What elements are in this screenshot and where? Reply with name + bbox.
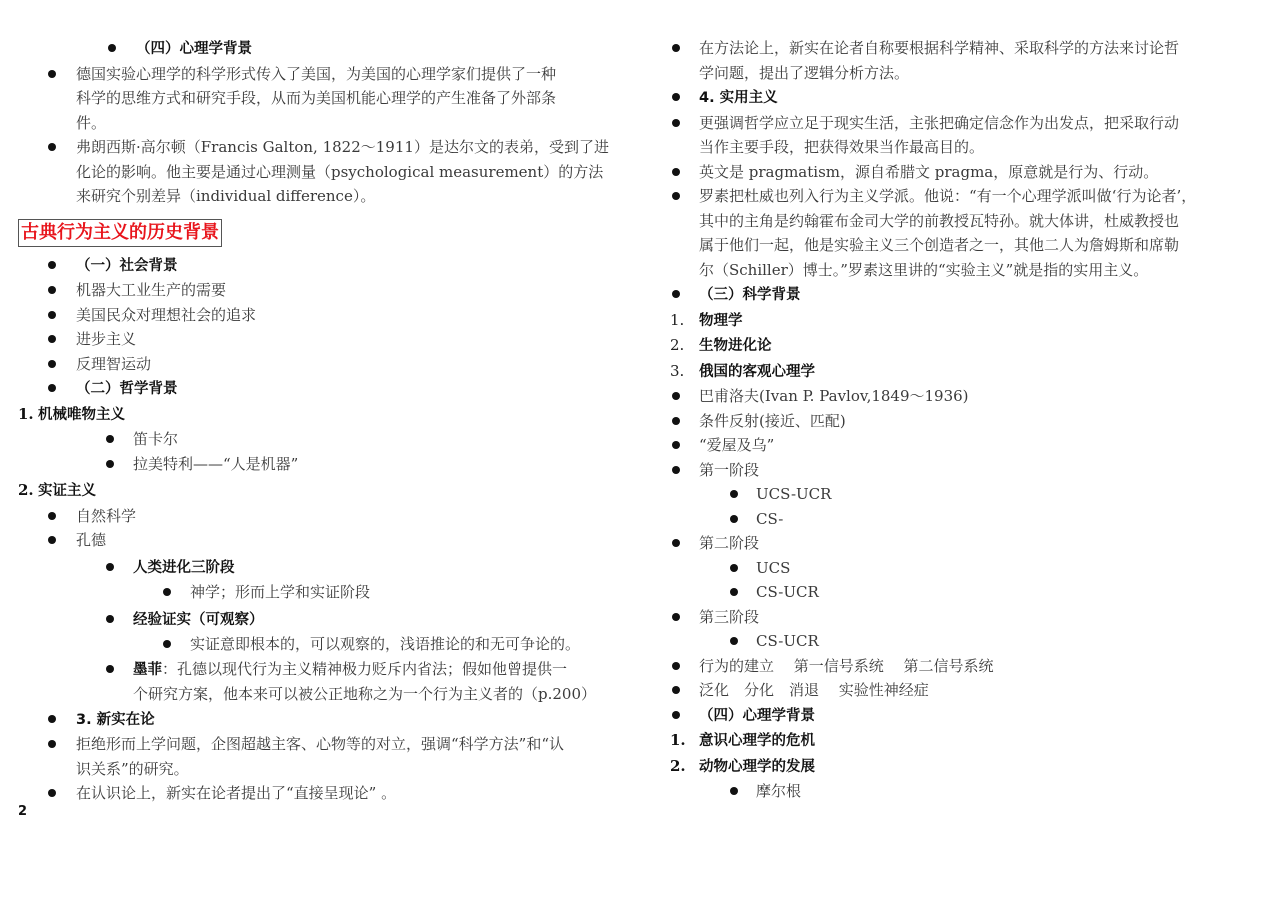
heading-neorealism: 3. 新实在论 bbox=[18, 707, 618, 733]
paragraph-methodology: 在方法论上，新实在论者自称要根据科学精神、采取科学的方法来讨论哲 学问题，提出了… bbox=[668, 36, 1238, 85]
list-item-stage1: 第一阶段 bbox=[668, 458, 1238, 483]
bullet-icon bbox=[730, 564, 738, 572]
list-item: 自然科学 bbox=[18, 504, 618, 529]
numbered-item: 1. 意识心理学的危机 bbox=[668, 728, 1238, 754]
list-item: “爱屋及乌” bbox=[668, 433, 1238, 458]
list-item-stage3: 第三阶段 bbox=[668, 605, 1238, 630]
paragraph-german-psychology: 德国实验心理学的科学形式传入了美国，为美国的心理学家们提供了一种 科学的思维方式… bbox=[18, 62, 618, 136]
bullet-icon bbox=[672, 662, 680, 670]
bullet-icon bbox=[730, 637, 738, 645]
list-item: 拉美特利——“人是机器” bbox=[18, 452, 618, 477]
bullet-icon bbox=[163, 640, 171, 648]
list-item: 巴甫洛夫(Ivan P. Pavlov,1849～1936) bbox=[668, 384, 1238, 409]
list-item: 孔德 bbox=[18, 528, 618, 553]
bullet-icon bbox=[48, 70, 56, 78]
bullet-icon bbox=[672, 192, 680, 200]
paragraph-russell: 罗素把杜威也列入行为主义学派。他说：“有一个心理学派叫做‘行为论者’， 其中的主… bbox=[668, 184, 1238, 282]
section-title: 古典行为主义的历史背景 bbox=[18, 219, 222, 247]
list-item: UCS-UCR bbox=[668, 482, 1238, 507]
bullet-icon bbox=[106, 460, 114, 468]
bullet-icon bbox=[48, 143, 56, 151]
heading-psychology-background-2: （四）心理学背景 bbox=[668, 703, 1238, 729]
bullet-icon bbox=[163, 588, 171, 596]
page-number: 2 bbox=[18, 804, 27, 819]
paragraph-murphy: 墨菲：孔德以现代行为主义精神极力贬斥内省法；假如他曾提供一 个研究方案，他本来可… bbox=[18, 657, 618, 707]
bullet-icon bbox=[730, 490, 738, 498]
list-item: 英文是 pragmatism，源自希腊文 pragma，原意就是行为、行动。 bbox=[668, 160, 1238, 185]
list-item-stage2: 第二阶段 bbox=[668, 531, 1238, 556]
bullet-icon bbox=[730, 787, 738, 795]
bullet-icon bbox=[672, 613, 680, 621]
list-item: CS- bbox=[668, 507, 1238, 532]
bullet-icon bbox=[48, 286, 56, 294]
bullet-icon bbox=[48, 789, 56, 797]
list-item: 行为的建立 第一信号系统 第二信号系统 bbox=[668, 654, 1238, 679]
list-item: 进步主义 bbox=[18, 327, 618, 352]
paragraph-neorealism: 拒绝形而上学问题，企图超越主客、心物等的对立，强调“科学方法”和“认 识关系”的… bbox=[18, 732, 618, 781]
bullet-icon bbox=[48, 261, 56, 269]
bullet-icon bbox=[48, 384, 56, 392]
heading-pragmatism: 4. 实用主义 bbox=[668, 85, 1238, 111]
bullet-icon bbox=[672, 539, 680, 547]
bullet-icon bbox=[106, 665, 114, 673]
left-column: （四）心理学背景 德国实验心理学的科学形式传入了美国，为美国的心理学家们提供了一… bbox=[18, 36, 618, 806]
bullet-icon bbox=[108, 44, 116, 52]
list-item: 实证意即根本的，可以观察的，浅语推论的和无可争论的。 bbox=[18, 632, 618, 657]
list-item: UCS bbox=[668, 556, 1238, 581]
numbered-item: 1. 物理学 bbox=[668, 308, 1238, 334]
bullet-icon bbox=[672, 392, 680, 400]
list-item: 条件反射(接近、匹配) bbox=[668, 409, 1238, 434]
heading-mechanism: 1. 机械唯物主义 bbox=[18, 402, 618, 428]
heading-philosophy-background: （二）哲学背景 bbox=[18, 376, 618, 402]
list-item: 神学；形而上学和实证阶段 bbox=[18, 580, 618, 605]
bullet-icon bbox=[106, 563, 114, 571]
list-item: 人类进化三阶段 bbox=[18, 555, 618, 581]
list-item: 经验证实（可观察） bbox=[18, 607, 618, 633]
paragraph-pragmatism: 更强调哲学应立足于现实生活，主张把确定信念作为出发点，把采取行动 当作主要手段，… bbox=[668, 111, 1238, 160]
heading-social-background: （一）社会背景 bbox=[18, 253, 618, 279]
heading-science-background: （三）科学背景 bbox=[668, 282, 1238, 308]
bullet-icon bbox=[672, 441, 680, 449]
heading-positivism: 2. 实证主义 bbox=[18, 478, 618, 504]
list-item: 机器大工业生产的需要 bbox=[18, 278, 618, 303]
numbered-item: 2. 动物心理学的发展 bbox=[668, 754, 1238, 780]
bullet-icon bbox=[672, 466, 680, 474]
list-item: 摩尔根 bbox=[668, 779, 1238, 804]
right-column: 在方法论上，新实在论者自称要根据科学精神、采取科学的方法来讨论哲 学问题，提出了… bbox=[668, 36, 1238, 804]
bullet-icon bbox=[672, 44, 680, 52]
bullet-icon bbox=[672, 290, 680, 298]
bullet-icon bbox=[48, 311, 56, 319]
bullet-icon bbox=[672, 168, 680, 176]
bullet-icon bbox=[672, 711, 680, 719]
bullet-icon bbox=[672, 119, 680, 127]
bullet-icon bbox=[672, 93, 680, 101]
list-item: 美国民众对理想社会的追求 bbox=[18, 303, 618, 328]
list-item: 泛化 分化 消退 实验性神经症 bbox=[668, 678, 1238, 703]
numbered-item: 2. 生物进化论 bbox=[668, 333, 1238, 359]
numbered-item: 3. 俄国的客观心理学 bbox=[668, 359, 1238, 385]
bullet-icon bbox=[106, 435, 114, 443]
bullet-icon bbox=[48, 512, 56, 520]
bullet-icon bbox=[672, 686, 680, 694]
bullet-icon bbox=[48, 360, 56, 368]
bullet-icon bbox=[672, 417, 680, 425]
list-item: CS-UCR bbox=[668, 629, 1238, 654]
list-item: 笛卡尔 bbox=[18, 427, 618, 452]
paragraph-galton: 弗朗西斯·高尔顿（Francis Galton, 1822～1911）是达尔文的… bbox=[18, 135, 618, 209]
bullet-icon bbox=[730, 515, 738, 523]
bullet-icon bbox=[48, 335, 56, 343]
document-page: （四）心理学背景 德国实验心理学的科学形式传入了美国，为美国的心理学家们提供了一… bbox=[0, 0, 1281, 910]
heading-psychology-background: （四）心理学背景 bbox=[18, 36, 618, 62]
bullet-icon bbox=[48, 740, 56, 748]
bullet-icon bbox=[730, 588, 738, 596]
bullet-icon bbox=[106, 615, 114, 623]
list-item: CS-UCR bbox=[668, 580, 1238, 605]
bullet-icon bbox=[48, 715, 56, 723]
list-item: 在认识论上，新实在论者提出了“直接呈现论” 。 bbox=[18, 781, 618, 806]
bullet-icon bbox=[48, 536, 56, 544]
list-item: 反理智运动 bbox=[18, 352, 618, 377]
